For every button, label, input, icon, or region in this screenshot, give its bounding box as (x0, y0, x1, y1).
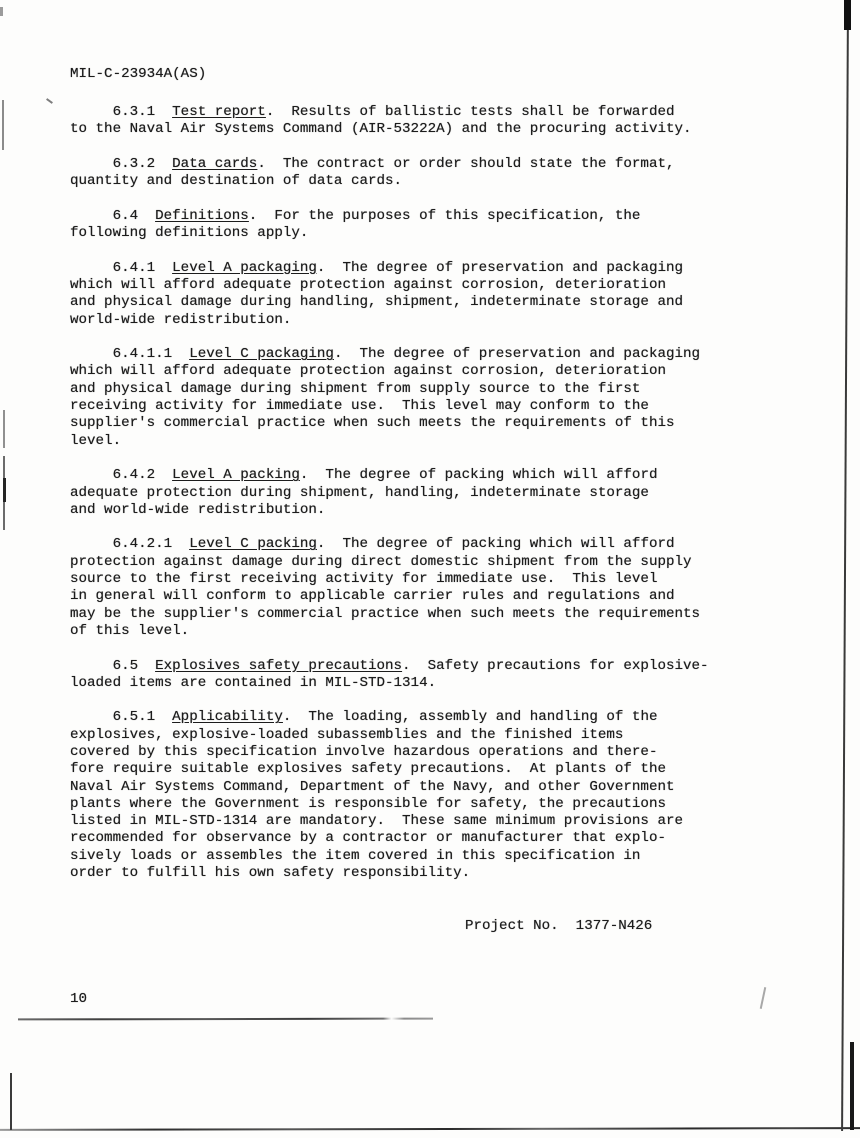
left-edge-scan-mark (2, 100, 4, 150)
paragraph: 6.5.1 Applicability. The loading, assemb… (70, 709, 709, 882)
section-number: 6.5 (70, 658, 155, 674)
scanned-document-page: MIL-C-23934A(AS) 6.3.1 Test report. Resu… (0, 0, 860, 1138)
section-title: Applicability (172, 709, 283, 725)
stray-tick-mark (46, 98, 53, 104)
bottom-scan-rule (0, 1127, 860, 1131)
left-edge-scan-mark (3, 410, 5, 448)
paragraph: 6.5 Explosives safety precautions. Safet… (70, 658, 709, 693)
left-edge-scan-mark (3, 478, 6, 502)
section-title: Level A packaging (172, 260, 317, 276)
section-number: 6.4.2 (70, 467, 172, 483)
paragraph: 6.3.2 Data cards. The contract or order … (70, 156, 709, 191)
section-title: Test report (172, 104, 266, 120)
section-number: 6.5.1 (70, 709, 172, 725)
paragraph: 6.4.1 Level A packaging. The degree of p… (70, 260, 709, 329)
document-body: 6.3.1 Test report. Results of ballistic … (70, 104, 709, 882)
page-number: 10 (70, 991, 87, 1008)
section-number: 6.4.1 (70, 260, 172, 276)
section-title: Level A packing (172, 467, 300, 483)
section-title: Data cards (172, 156, 257, 172)
document-id: MIL-C-23934A(AS) (70, 66, 206, 83)
binder-hole-icon (812, 1009, 842, 1039)
section-number: 6.3.2 (70, 156, 172, 172)
section-text: . The loading, assembly and handling of … (70, 709, 683, 881)
right-edge-scan-line (841, 0, 849, 1131)
paragraph: 6.3.1 Test report. Results of ballistic … (70, 104, 709, 139)
section-number: 6.4 (70, 208, 155, 224)
section-number: 6.4.1.1 (70, 346, 189, 362)
bottom-left-scan-mark (10, 1073, 12, 1130)
section-title: Explosives safety precautions (155, 658, 402, 674)
paragraph: 6.4 Definitions. For the purposes of thi… (70, 208, 709, 243)
paragraph: 6.4.2.1 Level C packing. The degree of p… (70, 536, 709, 640)
section-number: 6.4.2.1 (70, 536, 189, 552)
project-number: Project No. 1377-N426 (465, 918, 652, 935)
paragraph: 6.4.1.1 Level C packaging. The degree of… (70, 346, 709, 450)
footer-rule (18, 1018, 433, 1021)
binder-hole-icon (802, 545, 832, 575)
section-title: Level C packing (189, 536, 317, 552)
section-title: Level C packaging (189, 346, 334, 362)
right-edge-scan-line-bottom (850, 1042, 854, 1130)
top-left-scan-mark (0, 7, 3, 16)
right-edge-scan-line-top (844, 0, 851, 30)
paragraph: 6.4.2 Level A packing. The degree of pac… (70, 467, 709, 519)
binder-hole-icon (795, 85, 823, 113)
section-number: 6.3.1 (70, 104, 172, 120)
stray-diagonal-mark (760, 987, 767, 1009)
section-title: Definitions (155, 208, 249, 224)
